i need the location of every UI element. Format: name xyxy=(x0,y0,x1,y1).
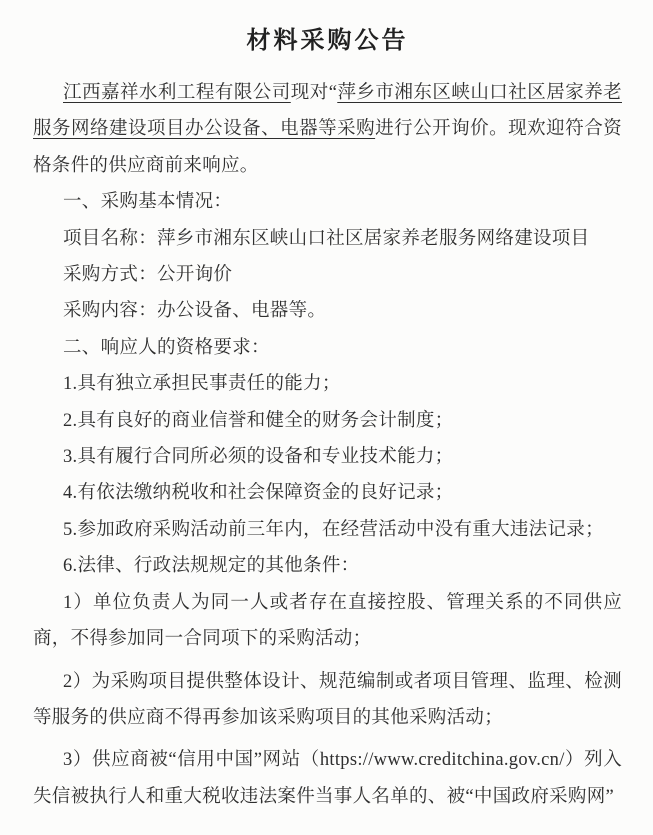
company-name-underlined: 江西嘉祥水利工程有限公司 xyxy=(63,83,291,103)
intro-connector-text: 现对“ xyxy=(291,83,337,103)
qualification-item-4: 4.有依法缴纳税收和社会保障资金的良好记录； xyxy=(33,475,622,511)
qualification-item-1: 1.具有独立承担民事责任的能力； xyxy=(33,366,622,402)
procurement-content-line: 采购内容：办公设备、电器等。 xyxy=(33,293,622,329)
scanned-document-page: 材料采购公告 江西嘉祥水利工程有限公司现对“萍乡市湘东区峡山口社区居家养老服务网… xyxy=(0,0,653,835)
qualification-item-6: 6.法律、行政法规规定的其他条件： xyxy=(33,548,622,584)
qualification-item-3: 3.具有履行合同所必须的设备和专业技术能力； xyxy=(33,439,622,475)
other-condition-1: 1）单位负责人为同一人或者存在直接控股、管理关系的不同供应商，不得参加同一合同项… xyxy=(33,585,622,658)
qualification-item-2: 2.具有良好的商业信誉和健全的财务会计制度； xyxy=(33,403,622,439)
intro-paragraph: 江西嘉祥水利工程有限公司现对“萍乡市湘东区峡山口社区居家养老服务网络建设项目办公… xyxy=(33,75,622,184)
procurement-method-line: 采购方式：公开询价 xyxy=(33,257,622,293)
qualification-item-5: 5.参加政府采购活动前三年内，在经营活动中没有重大违法记录； xyxy=(33,512,622,548)
other-condition-2: 2）为采购项目提供整体设计、规范编制或者项目管理、监理、检测等服务的供应商不得再… xyxy=(33,664,622,737)
section-1-heading: 一、采购基本情况： xyxy=(33,184,622,220)
document-title: 材料采购公告 xyxy=(33,24,622,58)
other-condition-3: 3）供应商被“信用中国”网站（https://www.creditchina.g… xyxy=(33,742,622,815)
section-2-heading: 二、响应人的资格要求： xyxy=(33,330,622,366)
project-name-line: 项目名称：萍乡市湘东区峡山口社区居家养老服务网络建设项目 xyxy=(33,221,622,257)
